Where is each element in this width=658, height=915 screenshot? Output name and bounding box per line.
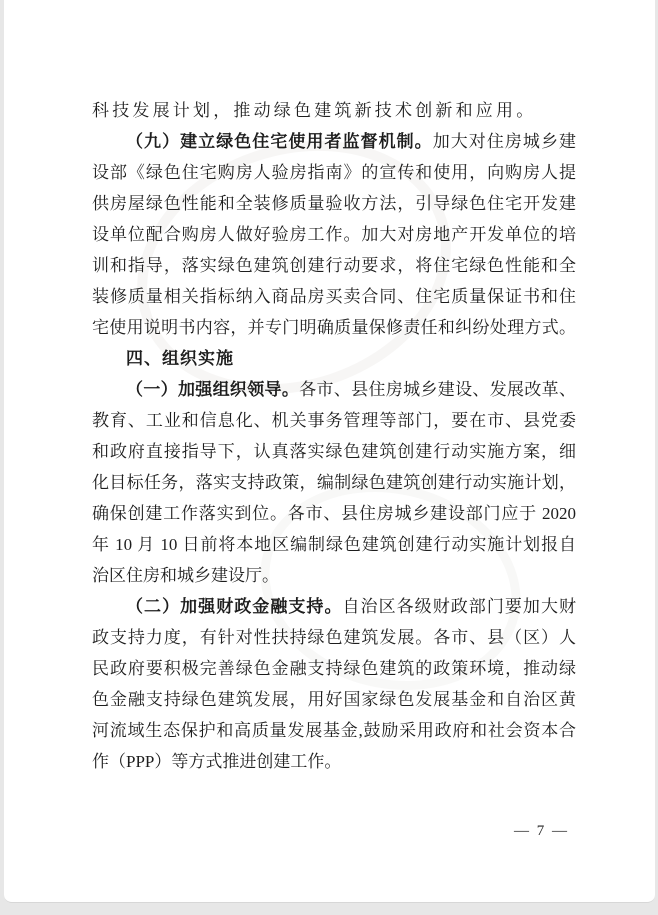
text-line: 四、组织实施 (92, 343, 576, 374)
text-run: 各市、县住房城乡建设、发展改革、 (299, 380, 576, 399)
text-run: 宅使用说明书内容，并专门明确质量保修责任和纠纷处理方式。 (92, 318, 576, 337)
text-line: 年 10 月 10 日前将本地区编制绿色建筑创建行动实施计划报自 (92, 529, 576, 560)
text-run: 设部《绿色住宅购房人验房指南》的宣传和使用，向购房人提 (92, 163, 576, 182)
text-line: （九）建立绿色住宅使用者监督机制。加大对住房城乡建 (92, 126, 576, 157)
text-run: 民政府要积极完善绿色金融支持绿色建筑的政策环境，推动绿 (92, 659, 576, 678)
text-run: 色金融支持绿色建筑发展，用好国家绿色发展基金和自治区黄 (92, 690, 576, 709)
text-run: 教育、工业和信息化、机关事务管理等部门，要在市、县党委 (92, 411, 576, 430)
text-line: （二）加强财政金融支持。自治区各级财政部门要加大财 (92, 591, 576, 622)
text-line: 科技发展计划，推动绿色建筑新技术创新和应用。 (92, 95, 576, 126)
text-run: 河流域生态保护和高质量发展基金,鼓励采用政府和社会资本合 (92, 721, 576, 740)
text-line: 河流域生态保护和高质量发展基金,鼓励采用政府和社会资本合 (92, 715, 576, 746)
text-run: 年 10 月 10 日前将本地区编制绿色建筑创建行动实施计划报自 (92, 535, 576, 554)
text-line: 供房屋绿色性能和全装修质量验收方法，引导绿色住宅开发建 (92, 188, 576, 219)
text-run: 化目标任务，落实支持政策，编制绿色建筑创建行动实施计划， (92, 473, 576, 492)
text-run: 确保创建工作落实到位。各市、县住房城乡建设部门应于 2020 (92, 504, 576, 523)
text-line: 色金融支持绿色建筑发展，用好国家绿色发展基金和自治区黄 (92, 684, 576, 715)
text-line: 确保创建工作落实到位。各市、县住房城乡建设部门应于 2020 (92, 498, 576, 529)
text-run: 作（PPP）等方式推进创建工作。 (92, 752, 341, 771)
text-run: 政支持力度，有针对性扶持绿色建筑发展。各市、县（区）人 (92, 628, 576, 647)
text-run: 和政府直接指导下，认真落实绿色建筑创建行动实施方案，细 (92, 442, 576, 461)
scanned-document-screenshot: { "page": { "number_label": "— 7 —" }, "… (0, 0, 658, 915)
text-run: 训和指导，落实绿色建筑创建行动要求，将住宅绿色性能和全 (92, 256, 576, 275)
text-line: 设部《绿色住宅购房人验房指南》的宣传和使用，向购房人提 (92, 157, 576, 188)
text-run: 设单位配合购房人做好验房工作。加大对房地产开发单位的培 (92, 225, 576, 244)
text-line: 民政府要积极完善绿色金融支持绿色建筑的政策环境，推动绿 (92, 653, 576, 684)
text-line: （一）加强组织领导。各市、县住房城乡建设、发展改革、 (92, 374, 576, 405)
document-page: 科技发展计划，推动绿色建筑新技术创新和应用。（九）建立绿色住宅使用者监督机制。加… (4, 0, 655, 903)
text-run: 自治区各级财政部门要加大财 (343, 597, 577, 616)
bold-run: （二）加强财政金融支持。 (126, 597, 343, 616)
section-heading-run: 四、组织实施 (126, 349, 234, 368)
text-line: 化目标任务，落实支持政策，编制绿色建筑创建行动实施计划， (92, 467, 576, 498)
text-run: 加大对住房城乡建 (433, 132, 576, 151)
text-line: 装修质量相关指标纳入商品房买卖合同、住宅质量保证书和住 (92, 281, 576, 312)
text-run: 科技发展计划，推动绿色建筑新技术创新和应用。 (92, 101, 536, 120)
text-line: 治区住房和城乡建设厅。 (92, 560, 576, 591)
text-run: 治区住房和城乡建设厅。 (92, 566, 279, 585)
text-block: 科技发展计划，推动绿色建筑新技术创新和应用。（九）建立绿色住宅使用者监督机制。加… (92, 95, 576, 777)
text-run: 装修质量相关指标纳入商品房买卖合同、住宅质量保证书和住 (92, 287, 576, 306)
bold-run: （一）加强组织领导。 (126, 380, 299, 399)
text-line: 训和指导，落实绿色建筑创建行动要求，将住宅绿色性能和全 (92, 250, 576, 281)
text-line: 和政府直接指导下，认真落实绿色建筑创建行动实施方案，细 (92, 436, 576, 467)
text-line: 教育、工业和信息化、机关事务管理等部门，要在市、县党委 (92, 405, 576, 436)
text-line: 设单位配合购房人做好验房工作。加大对房地产开发单位的培 (92, 219, 576, 250)
text-line: 宅使用说明书内容，并专门明确质量保修责任和纠纷处理方式。 (92, 312, 576, 343)
page-number: — 7 — (514, 820, 569, 842)
text-line: 政支持力度，有针对性扶持绿色建筑发展。各市、县（区）人 (92, 622, 576, 653)
bold-run: （九）建立绿色住宅使用者监督机制。 (126, 132, 433, 151)
text-line: 作（PPP）等方式推进创建工作。 (92, 746, 576, 777)
text-run: 供房屋绿色性能和全装修质量验收方法，引导绿色住宅开发建 (92, 194, 576, 213)
